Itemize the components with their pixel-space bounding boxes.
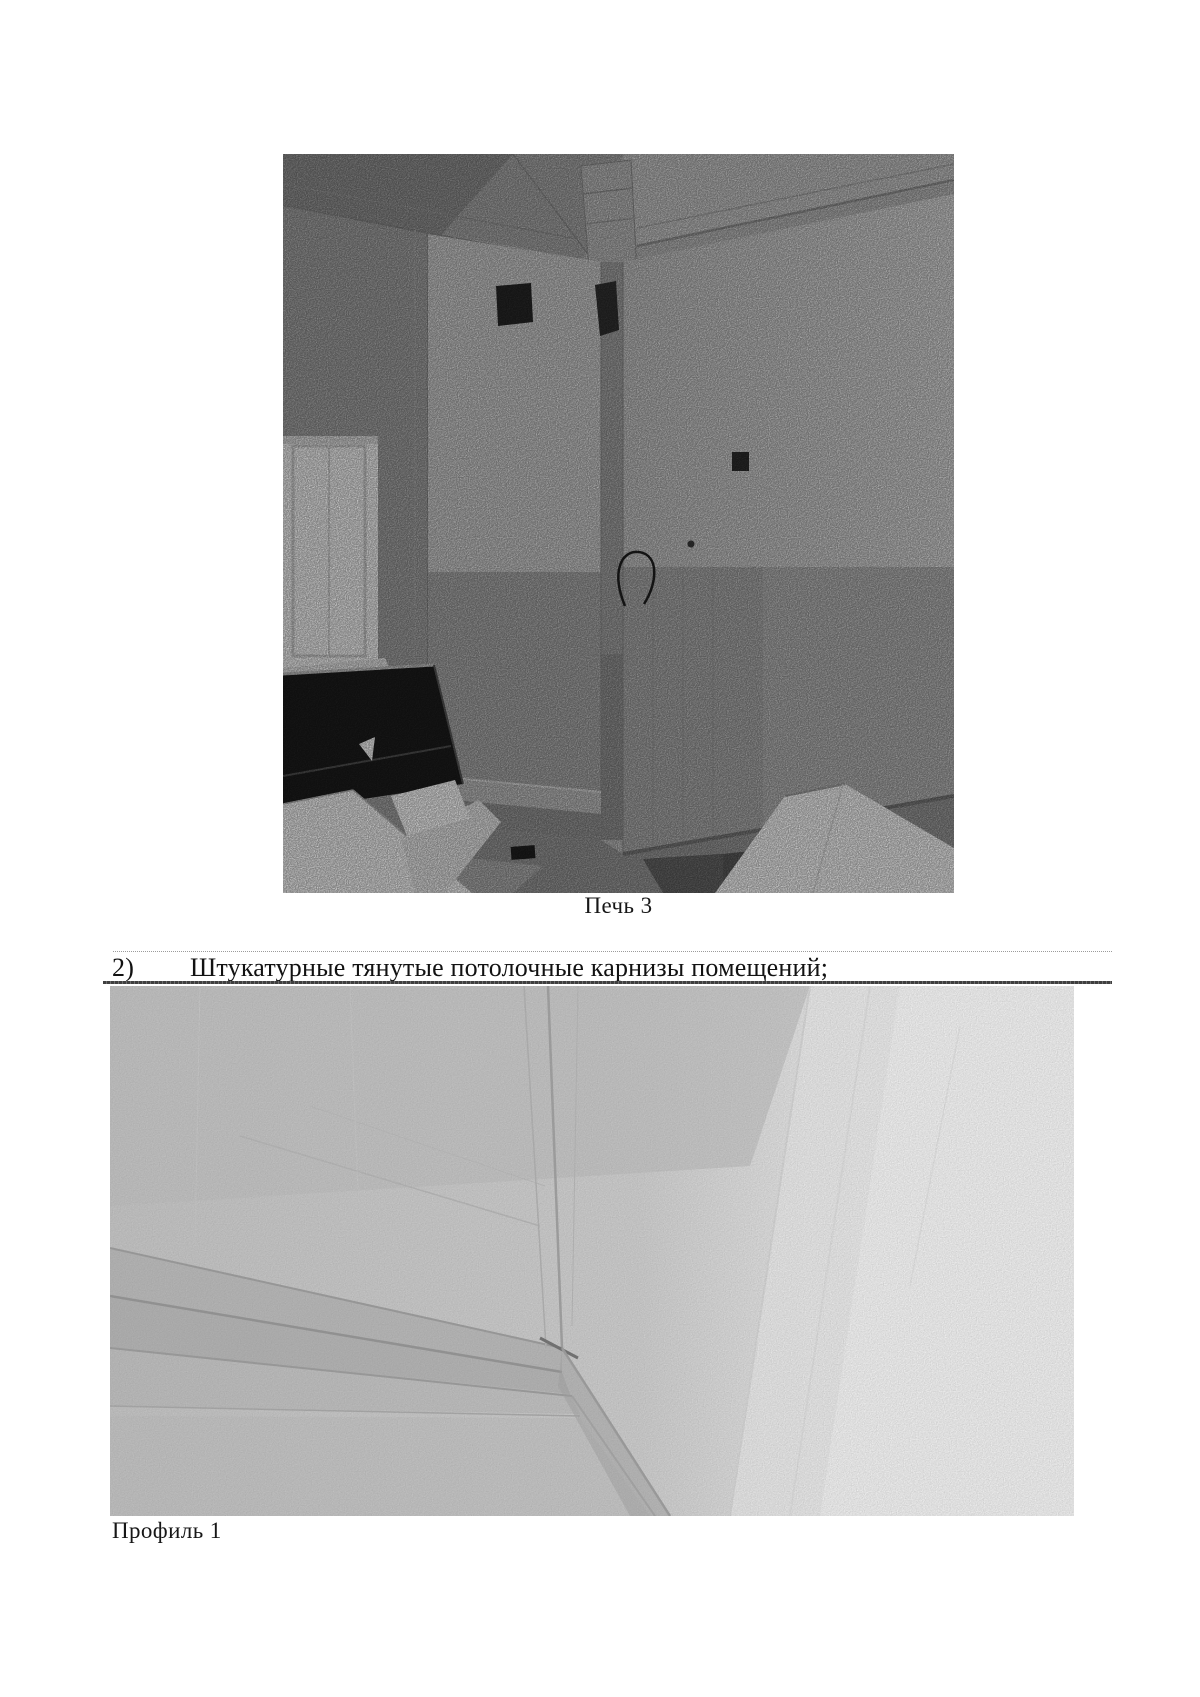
heading-rule-top xyxy=(113,951,1112,952)
document-page: Печь 3 2)Штукатурные тянутые потолочные … xyxy=(0,0,1200,1697)
section-title: Штукатурные тянутые потолочные карнизы п… xyxy=(190,953,828,982)
heading-rule-bottom xyxy=(103,981,1112,984)
figure-stove xyxy=(283,154,954,893)
photo-caption-stove: Печь 3 xyxy=(283,893,954,919)
stove-photo-image xyxy=(283,154,954,893)
section-number: 2) xyxy=(112,953,190,983)
photo-caption-cornice: Профиль 1 xyxy=(112,1518,222,1544)
cornice-photo-image xyxy=(110,986,1074,1516)
figure-cornice xyxy=(110,986,1074,1516)
section-heading: 2)Штукатурные тянутые потолочные карнизы… xyxy=(103,948,1112,988)
section-heading-text: 2)Штукатурные тянутые потолочные карнизы… xyxy=(112,953,828,983)
